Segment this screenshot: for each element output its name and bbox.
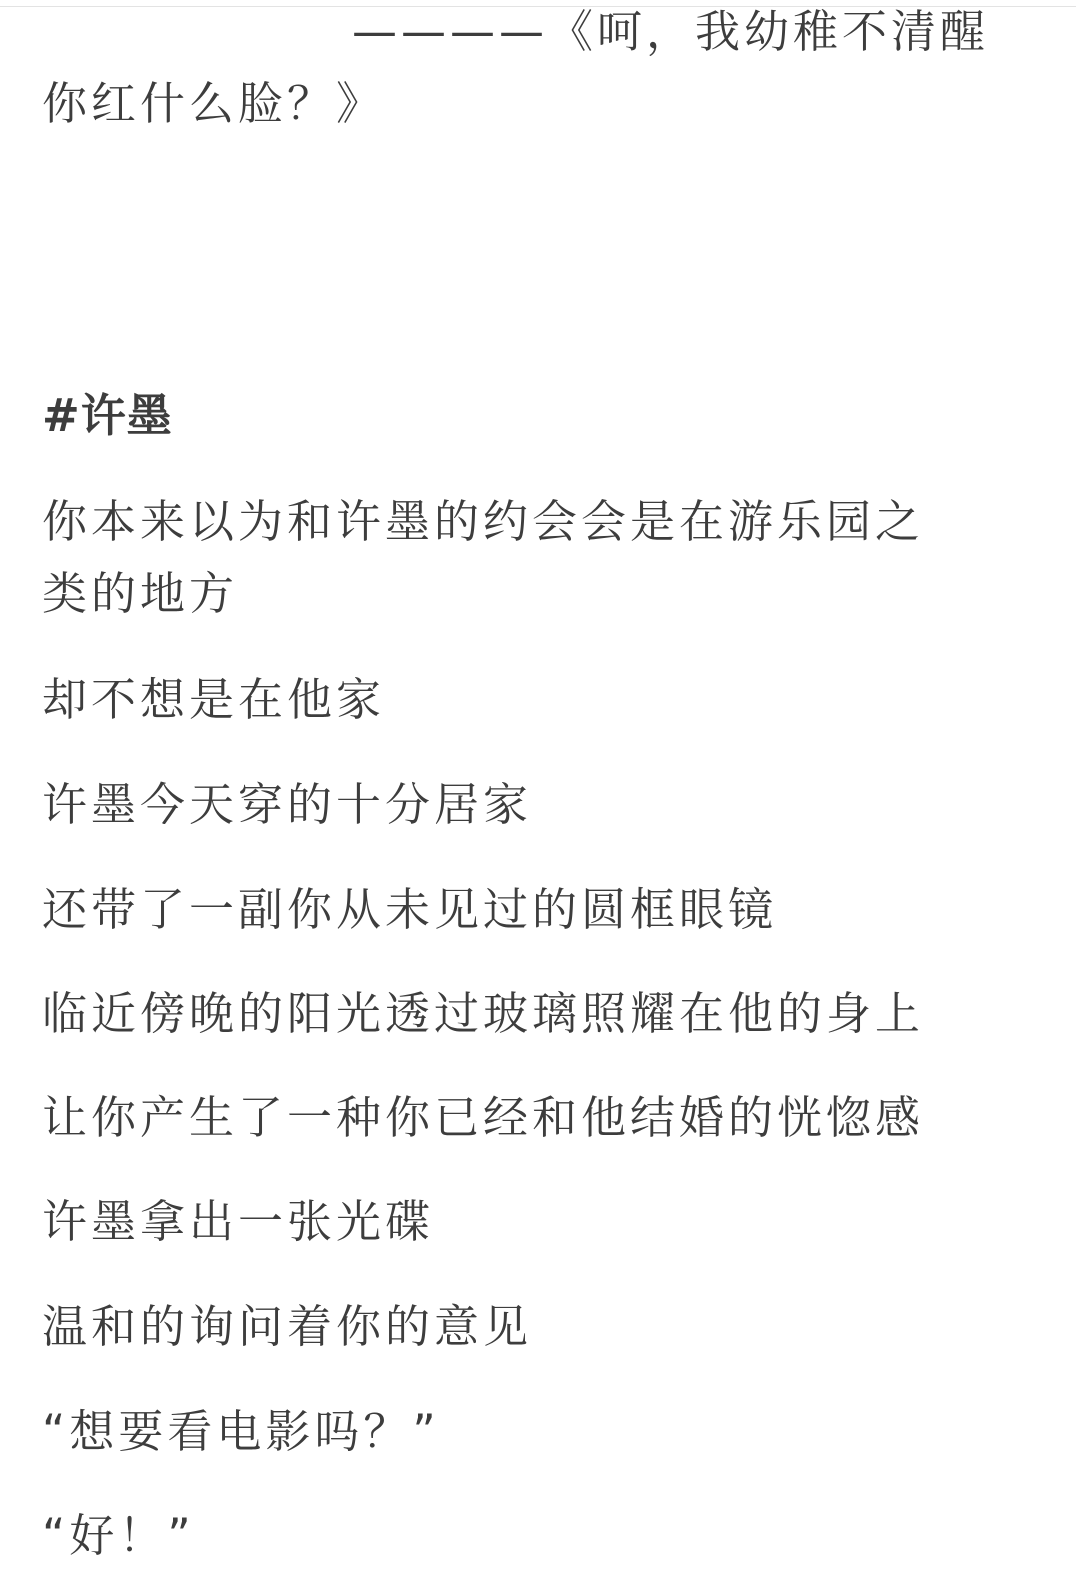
paragraph-line: 温和的询问着你的意见 xyxy=(42,1299,532,1355)
paragraph-line: 还带了一副你从未见过的圆框眼镜 xyxy=(42,882,777,938)
paragraph-line: 却不想是在他家 xyxy=(42,672,385,728)
dialogue-line: “好！” xyxy=(42,1508,195,1564)
paragraph-line: 类的地方 xyxy=(42,566,238,622)
section-heading: #许墨 xyxy=(42,388,173,444)
paragraph-line: 你本来以为和许墨的约会会是在游乐园之 xyxy=(42,494,924,550)
quote-title-line-1: ————《呵，我幼稚不清醒 xyxy=(352,4,989,60)
paragraph-line: 许墨拿出一张光碟 xyxy=(42,1194,434,1250)
paragraph-line: 许墨今天穿的十分居家 xyxy=(42,777,532,833)
paragraph-line: 让你产生了一种你已经和他结婚的恍惚感 xyxy=(42,1090,924,1146)
paragraph-line: 临近傍晚的阳光透过玻璃照耀在他的身上 xyxy=(42,986,924,1042)
quote-title-line-2: 你红什么脸？》 xyxy=(42,76,385,132)
dialogue-line: “想要看电影吗？” xyxy=(42,1404,440,1460)
